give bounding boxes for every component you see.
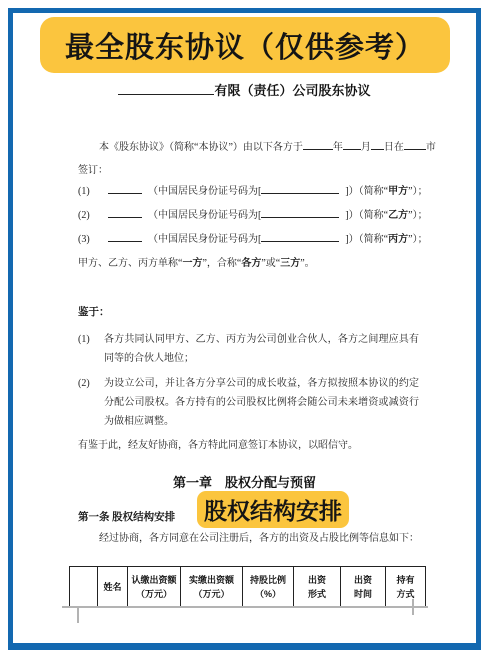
col-subscribed-capital: 认缴出资额（万元） bbox=[128, 567, 181, 608]
col-subscribed-l1: 认缴出资额 bbox=[131, 575, 176, 585]
highlight-badge-text: 股权结构安排 bbox=[204, 493, 342, 526]
page-break-line bbox=[62, 606, 428, 608]
party-a-name-blank bbox=[108, 182, 142, 194]
collective-text-1: 甲方、乙方、丙方单称“ bbox=[78, 258, 182, 269]
party-c-id-blank bbox=[261, 230, 339, 242]
party-c-text-end: ”）； bbox=[408, 234, 427, 245]
chapter-heading: 第一章 股权分配与预留 bbox=[0, 472, 489, 491]
col-time-l1: 出资 bbox=[354, 575, 372, 585]
intro-text-4: 日在 bbox=[384, 142, 404, 153]
city-blank bbox=[404, 138, 426, 150]
month-blank bbox=[343, 138, 361, 150]
year-blank bbox=[303, 138, 333, 150]
col-holding-method: 持有方式 bbox=[386, 567, 426, 608]
party-b-shortname: 乙方 bbox=[388, 210, 408, 221]
whereas-2-text: 为设立公司，并让各方分享公司的成长收益，各方拟按照本协议的约定分配公司股权。各方… bbox=[104, 374, 419, 431]
party-a-text-end: ”）； bbox=[408, 186, 427, 197]
party-b-text-pre: （中国居民身份证号码为[ bbox=[148, 210, 261, 221]
closing-line: 有鉴于此，经友好协商，各方特此同意签订本协议，以昭信守。 bbox=[78, 438, 433, 454]
collective-text-3: ”或“ bbox=[261, 258, 280, 269]
col-form-l2: 形式 bbox=[308, 589, 326, 599]
whereas-heading: 鉴于： bbox=[78, 304, 110, 319]
col-share-ratio: 持股比例（%） bbox=[243, 567, 294, 608]
col-name: 姓名 bbox=[98, 567, 128, 608]
collective-term-2: 各方 bbox=[241, 258, 261, 269]
col-form-l1: 出资 bbox=[308, 575, 326, 585]
document-page: 最全股东协议（仅供参考） 有限（责任）公司股东协议 本《股东协议》（简称“本协议… bbox=[0, 0, 489, 652]
party-c-index: (3) bbox=[78, 232, 108, 248]
table-intro-line: 经过协商，各方同意在公司注册后，各方的出资及占股比例等信息如下： bbox=[78, 531, 433, 547]
col-paidin-l1: 实缴出资额 bbox=[189, 575, 234, 585]
party-b-index: (2) bbox=[78, 208, 108, 224]
whereas-2-index: (2) bbox=[78, 374, 104, 431]
intro-text-2: 年 bbox=[333, 142, 343, 153]
col-contribution-time: 出资时间 bbox=[341, 567, 386, 608]
col-contribution-form: 出资形式 bbox=[294, 567, 341, 608]
table-header-row: 姓名 认缴出资额（万元） 实缴出资额（万元） 持股比例（%） 出资形式 出资时间… bbox=[70, 567, 426, 608]
intro-line-2: 签订： bbox=[78, 165, 108, 176]
col-holding-l2: 方式 bbox=[396, 589, 414, 599]
party-b-id-blank bbox=[261, 206, 339, 218]
party-c-text-pre: （中国居民身份证号码为[ bbox=[148, 234, 261, 245]
highlight-badge: 股权结构安排 bbox=[197, 491, 349, 528]
collective-text-4: ”。 bbox=[300, 258, 314, 269]
day-blank bbox=[371, 138, 384, 150]
party-c-name-blank bbox=[108, 230, 142, 242]
intro-text-1: 本《股东协议》（简称“本协议”）由以下各方于 bbox=[99, 142, 303, 153]
party-a-shortname: 甲方 bbox=[388, 186, 408, 197]
col-time-l2: 时间 bbox=[354, 589, 372, 599]
page-break-tick-right bbox=[412, 599, 414, 615]
intro-line-1: 本《股东协议》（简称“本协议”）由以下各方于年月日在市 bbox=[78, 136, 429, 159]
col-ratio-l1: 持股比例 bbox=[250, 575, 286, 585]
whereas-1-index: (1) bbox=[78, 330, 104, 368]
collective-term-3: 三方 bbox=[280, 258, 300, 269]
party-b-name-blank bbox=[108, 206, 142, 218]
collective-text-2: ”，合称“ bbox=[202, 258, 241, 269]
doc-title-blank bbox=[118, 83, 214, 95]
intro-text-5: 市 bbox=[426, 142, 436, 153]
collective-naming-line: 甲方、乙方、丙方单称“一方”，合称“各方”或“三方”。 bbox=[78, 256, 433, 272]
intro-text-3: 月 bbox=[361, 142, 371, 153]
page-border-frame bbox=[8, 8, 481, 650]
banner-title: 最全股东协议（仅供参考） bbox=[65, 25, 425, 66]
party-b-text-mid: ]）（简称“ bbox=[345, 210, 388, 221]
whereas-item-1: (1) 各方共同认同甲方、乙方、丙方为公司创业合伙人，各方之间理应具有同等的合伙… bbox=[78, 330, 419, 368]
doc-title: 有限（责任）公司股东协议 bbox=[0, 80, 489, 99]
party-b-text-end: ”）； bbox=[408, 210, 427, 221]
party-a-text-mid: ]）（简称“ bbox=[345, 186, 388, 197]
collective-term-1: 一方 bbox=[182, 258, 202, 269]
col-empty bbox=[70, 567, 98, 608]
party-a-id-blank bbox=[261, 182, 339, 194]
party-row-b: (2)（中国居民身份证号码为[]）（简称“乙方”）； bbox=[78, 206, 449, 224]
party-a-index: (1) bbox=[78, 184, 108, 200]
col-ratio-l2: （%） bbox=[255, 589, 281, 599]
col-holding-l1: 持有 bbox=[396, 575, 414, 585]
doc-title-text: 有限（责任）公司股东协议 bbox=[214, 83, 370, 98]
party-row-a: (1)（中国居民身份证号码为[]）（简称“甲方”）； bbox=[78, 182, 449, 200]
party-c-text-mid: ]）（简称“ bbox=[345, 234, 388, 245]
shareholding-table: 姓名 认缴出资额（万元） 实缴出资额（万元） 持股比例（%） 出资形式 出资时间… bbox=[69, 566, 426, 608]
col-subscribed-l2: （万元） bbox=[136, 589, 172, 599]
whereas-1-text: 各方共同认同甲方、乙方、丙方为公司创业合伙人，各方之间理应具有同等的合伙人地位； bbox=[104, 330, 419, 368]
intro-paragraph: 本《股东协议》（简称“本协议”）由以下各方于年月日在市 签订： bbox=[78, 136, 429, 182]
page-break-tick-left bbox=[77, 607, 79, 623]
party-c-shortname: 丙方 bbox=[388, 234, 408, 245]
col-name-label: 姓名 bbox=[103, 582, 121, 592]
party-row-c: (3)（中国居民身份证号码为[]）（简称“丙方”）； bbox=[78, 230, 449, 248]
whereas-item-2: (2) 为设立公司，并让各方分享公司的成长收益，各方拟按照本协议的约定分配公司股… bbox=[78, 374, 419, 431]
party-a-text-pre: （中国居民身份证号码为[ bbox=[148, 186, 261, 197]
title-banner: 最全股东协议（仅供参考） bbox=[40, 17, 450, 73]
article-heading: 第一条 股权结构安排 bbox=[78, 509, 175, 524]
col-paidin-l2: （万元） bbox=[193, 589, 229, 599]
col-paidin-capital: 实缴出资额（万元） bbox=[181, 567, 243, 608]
